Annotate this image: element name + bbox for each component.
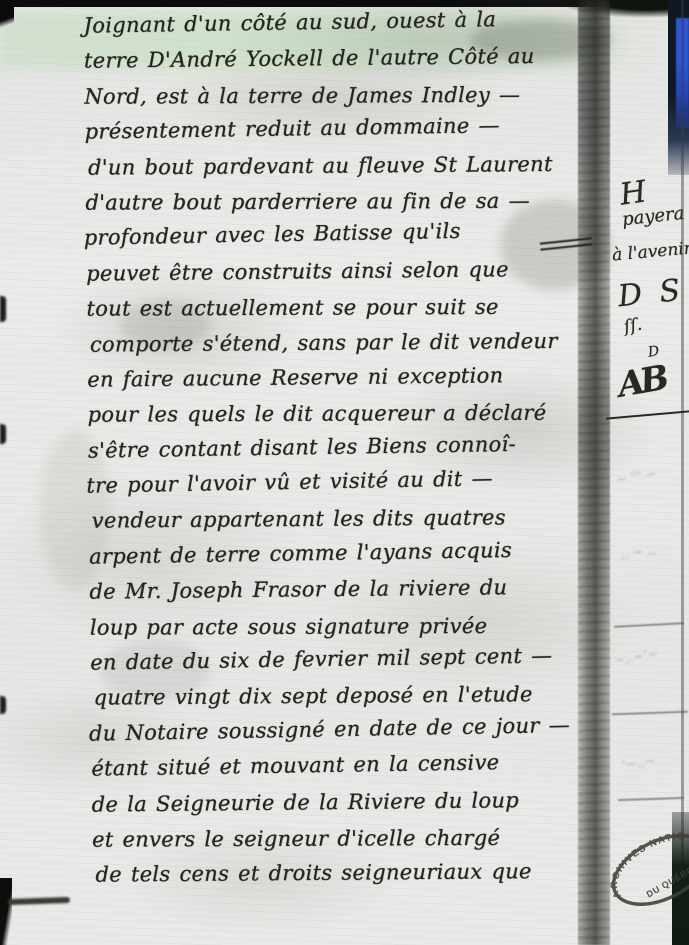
manuscript-line: de Mr. Joseph Frasor de la riviere du	[89, 570, 594, 611]
manuscript-line: en date du six de fevrier mil sept cent …	[90, 638, 595, 681]
manuscript-line: et envers le seigneur d'icelle chargé	[92, 820, 597, 858]
svg-text:ARCHIVES NATIO: ARCHIVES NATIO	[596, 823, 689, 900]
manuscript-line: de la Seigneurie de la Riviere du loup	[92, 782, 597, 823]
bleed-through-mark: ,, ~ ,,	[619, 542, 657, 563]
bleed-through-mark: '~.,~	[621, 753, 657, 774]
manuscript-line: présentement reduit au dommaine —	[84, 107, 589, 150]
margin-monogram: AB	[615, 358, 668, 406]
manuscript-line: comporte s'étend, sans par le dit vendeu…	[90, 323, 595, 362]
scan-edge-left-mark	[0, 424, 6, 444]
scan-corner-bottom-left	[0, 878, 12, 945]
manuscript-line: d'un bout pardevant au fleuve St Laurent	[88, 146, 593, 185]
manuscript-line: Joignant d'un côté au sud, ouest à la	[83, 1, 588, 44]
scan-edge-left-mark	[0, 696, 6, 714]
page-right-edge-line	[681, 0, 684, 945]
manuscript-line: en faire aucune Reserve ni exception	[87, 357, 592, 398]
margin-underline	[606, 410, 689, 419]
manuscript-line: tout est actuellement se pour suit se	[86, 290, 591, 328]
stamp-center-text: DU QUÉBEC	[645, 861, 689, 900]
manuscript-line: profondeur avec les Batisse qu'ils	[83, 212, 589, 257]
manuscript-line: arpent de terre comme l'ayans acquis	[89, 532, 594, 575]
scan-edge-left-mark	[0, 296, 6, 322]
manuscript-line: peuvet être construits ainsi selon que	[86, 251, 591, 292]
bleed-through-mark: ~ ''' ~	[615, 467, 658, 489]
bleed-through-mark: ~,.~'~	[613, 646, 659, 669]
margin-note-avenir: à l'avenir	[611, 239, 689, 266]
manuscript-line: de tels cens et droits seigneuriaux que	[95, 854, 600, 893]
bleed-through-rule	[614, 622, 684, 628]
margin-note-ss: ſſ.	[622, 315, 643, 338]
scan-corner-top-left	[0, 0, 14, 34]
manuscript-line: étant situé et mouvant en la censive	[91, 744, 596, 787]
stamp-arc-text: ARCHIVES NATIO	[596, 823, 689, 900]
manuscript-line: terre D'André Yockell de l'autre Côté au	[84, 39, 589, 80]
bleed-through-rule	[618, 797, 684, 801]
manuscript-scan-page: Joignant d'un côté au sud, ouest à la te…	[0, 0, 689, 945]
bleed-through-rule	[612, 711, 688, 716]
bottom-ink-streak	[8, 897, 70, 905]
margin-note-initials-ds: D S	[616, 273, 685, 315]
manuscript-text-block: Joignant d'un côté au sud, ouest à la te…	[83, 3, 597, 893]
